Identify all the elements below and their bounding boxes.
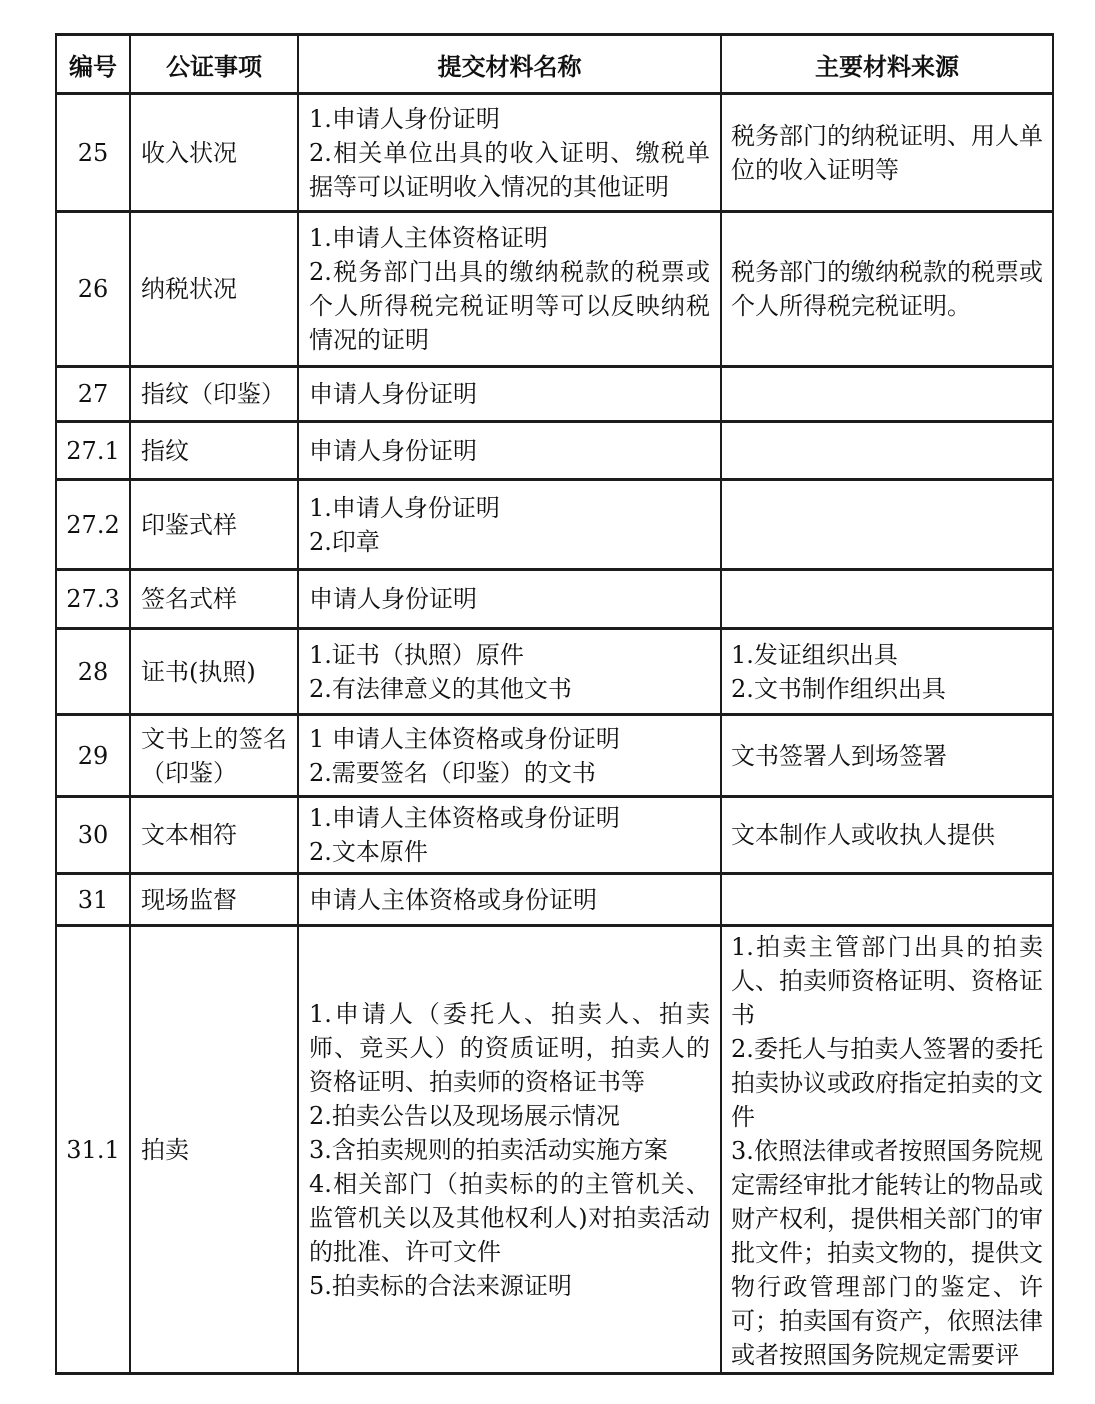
material-item: 2.文本原件 — [309, 835, 710, 869]
sources-cell — [721, 422, 1053, 480]
material-item: 3.含拍卖规则的拍卖活动实施方案 — [309, 1133, 710, 1167]
materials-list: 1.申请人主体资格证明2.税务部门出具的缴纳税款的税票或个人所得税完税证明等可以… — [299, 219, 720, 359]
materials-list: 1.证书（执照）原件2.有法律意义的其他文书 — [299, 636, 720, 708]
sources-list: 文本制作人或收执人提供 — [722, 816, 1052, 854]
column-header-matter: 公证事项 — [130, 35, 298, 94]
sources-cell — [721, 367, 1053, 422]
matter-cell: 文书上的签名（印鉴） — [130, 715, 298, 797]
matter-text: 指纹 — [131, 434, 297, 468]
matter-cell: 指纹 — [130, 422, 298, 480]
material-item: 5.拍卖标的合法来源证明 — [309, 1269, 710, 1303]
material-item: 4.相关部门（拍卖标的的主管机关、监管机关以及其他权利人)对拍卖活动的批准、许可… — [309, 1167, 710, 1269]
row-number-cell: 26 — [56, 212, 130, 367]
row-number-cell: 27.2 — [56, 480, 130, 570]
row-number-cell: 25 — [56, 94, 130, 212]
materials-cell: 1 申请人主体资格或身份证明2.需要签名（印鉴）的文书 — [298, 715, 721, 797]
sources-cell: 1.发证组织出具2.文书制作组织出具 — [721, 629, 1053, 715]
source-item: 税务部门的缴纳税款的税票或个人所得税完税证明。 — [731, 255, 1043, 323]
column-header-sources: 主要材料来源 — [721, 35, 1053, 94]
table-row: 27.3 签名式样 申请人身份证明 — [56, 570, 1053, 629]
material-item: 2.有法律意义的其他文书 — [309, 672, 710, 706]
sources-cell: 1.拍卖主管部门出具的拍卖人、拍卖师资格证明、资格证书2.委托人与拍卖人签署的委… — [721, 926, 1053, 1374]
materials-cell: 1.证书（执照）原件2.有法律意义的其他文书 — [298, 629, 721, 715]
sources-cell — [721, 874, 1053, 926]
sources-list — [722, 597, 1052, 601]
sources-list — [722, 392, 1052, 396]
matter-text: 文书上的签名（印鉴） — [131, 722, 297, 790]
matter-cell: 签名式样 — [130, 570, 298, 629]
materials-list: 1.申请人身份证明2.印章 — [299, 489, 720, 561]
material-item: 1.申请人主体资格或身份证明 — [309, 801, 710, 835]
material-item: 申请人主体资格或身份证明 — [309, 883, 710, 917]
matter-text: 现场监督 — [131, 883, 297, 917]
materials-cell: 1.申请人主体资格或身份证明2.文本原件 — [298, 797, 721, 874]
source-item: 2.文书制作组织出具 — [731, 672, 1043, 706]
matter-cell: 证书(执照) — [130, 629, 298, 715]
row-number-cell: 28 — [56, 629, 130, 715]
material-item: 1.申请人身份证明 — [309, 491, 710, 525]
row-number-cell: 27.1 — [56, 422, 130, 480]
table-row: 25 收入状况 1.申请人身份证明2.相关单位出具的收入证明、缴税单据等可以证明… — [56, 94, 1053, 212]
table-row: 31 现场监督 申请人主体资格或身份证明 — [56, 874, 1053, 926]
sources-list: 文书签署人到场签署 — [722, 737, 1052, 775]
sources-list — [722, 449, 1052, 453]
source-item: 1.拍卖主管部门出具的拍卖人、拍卖师资格证明、资格证书 — [731, 930, 1043, 1032]
materials-list: 申请人身份证明 — [299, 375, 720, 413]
materials-cell: 申请人主体资格或身份证明 — [298, 874, 721, 926]
sources-list: 税务部门的缴纳税款的税票或个人所得税完税证明。 — [722, 253, 1052, 325]
material-item: 申请人身份证明 — [309, 377, 710, 411]
table-row: 27.1 指纹 申请人身份证明 — [56, 422, 1053, 480]
material-item: 1.申请人（委托人、拍卖人、拍卖师、竞买人）的资质证明，拍卖人的资格证明、拍卖师… — [309, 997, 710, 1099]
materials-list: 1.申请人身份证明2.相关单位出具的收入证明、缴税单据等可以证明收入情况的其他证… — [299, 100, 720, 206]
materials-cell: 申请人身份证明 — [298, 422, 721, 480]
sources-list: 1.拍卖主管部门出具的拍卖人、拍卖师资格证明、资格证书2.委托人与拍卖人签署的委… — [722, 927, 1052, 1372]
table-row: 30 文本相符 1.申请人主体资格或身份证明2.文本原件 文本制作人或收执人提供 — [56, 797, 1053, 874]
table-row: 27.2 印鉴式样 1.申请人身份证明2.印章 — [56, 480, 1053, 570]
column-header-id: 编号 — [56, 35, 130, 94]
row-number-cell: 31 — [56, 874, 130, 926]
materials-list: 1.申请人（委托人、拍卖人、拍卖师、竞买人）的资质证明，拍卖人的资格证明、拍卖师… — [299, 995, 720, 1305]
sources-list — [722, 523, 1052, 527]
matter-text: 拍卖 — [131, 1133, 297, 1167]
row-number-cell: 29 — [56, 715, 130, 797]
source-item: 1.发证组织出具 — [731, 638, 1043, 672]
table-row: 27 指纹（印鉴） 申请人身份证明 — [56, 367, 1053, 422]
materials-list: 1.申请人主体资格或身份证明2.文本原件 — [299, 799, 720, 871]
sources-cell — [721, 570, 1053, 629]
materials-cell: 1.申请人身份证明2.相关单位出具的收入证明、缴税单据等可以证明收入情况的其他证… — [298, 94, 721, 212]
sources-cell — [721, 480, 1053, 570]
source-item: 税务部门的纳税证明、用人单位的收入证明等 — [731, 119, 1043, 187]
materials-cell: 1.申请人主体资格证明2.税务部门出具的缴纳税款的税票或个人所得税完税证明等可以… — [298, 212, 721, 367]
matter-cell: 印鉴式样 — [130, 480, 298, 570]
material-item: 申请人身份证明 — [309, 582, 710, 616]
source-item: 2.委托人与拍卖人签署的委托拍卖协议或政府指定拍卖的文件 — [731, 1032, 1043, 1134]
material-item: 1.申请人主体资格证明 — [309, 221, 710, 255]
table-row: 28 证书(执照) 1.证书（执照）原件2.有法律意义的其他文书 1.发证组织出… — [56, 629, 1053, 715]
matter-text: 证书(执照) — [131, 655, 297, 689]
source-item: 文本制作人或收执人提供 — [731, 818, 1043, 852]
matter-text: 收入状况 — [131, 136, 297, 170]
sources-list — [722, 898, 1052, 902]
matter-cell: 现场监督 — [130, 874, 298, 926]
matter-cell: 收入状况 — [130, 94, 298, 212]
materials-cell: 1.申请人（委托人、拍卖人、拍卖师、竞买人）的资质证明，拍卖人的资格证明、拍卖师… — [298, 926, 721, 1374]
materials-cell: 1.申请人身份证明2.印章 — [298, 480, 721, 570]
column-header-materials: 提交材料名称 — [298, 35, 721, 94]
material-item: 2.相关单位出具的收入证明、缴税单据等可以证明收入情况的其他证明 — [309, 136, 710, 204]
materials-cell: 申请人身份证明 — [298, 570, 721, 629]
sources-cell: 税务部门的缴纳税款的税票或个人所得税完税证明。 — [721, 212, 1053, 367]
material-item: 2.拍卖公告以及现场展示情况 — [309, 1099, 710, 1133]
material-item: 2.需要签名（印鉴）的文书 — [309, 756, 710, 790]
material-item: 申请人身份证明 — [309, 434, 710, 468]
matter-text: 印鉴式样 — [131, 508, 297, 542]
materials-list: 申请人身份证明 — [299, 580, 720, 618]
matter-text: 签名式样 — [131, 582, 297, 616]
matter-text: 文本相符 — [131, 818, 297, 852]
document-page: 编号 公证事项 提交材料名称 主要材料来源 25 收入状况 1.申请人身份证明2… — [0, 0, 1095, 1404]
material-item: 2.税务部门出具的缴纳税款的税票或个人所得税完税证明等可以反映纳税情况的证明 — [309, 255, 710, 357]
matter-text: 纳税状况 — [131, 272, 297, 306]
sources-cell: 文书签署人到场签署 — [721, 715, 1053, 797]
row-number-cell: 27.3 — [56, 570, 130, 629]
matter-cell: 指纹（印鉴） — [130, 367, 298, 422]
sources-cell: 税务部门的纳税证明、用人单位的收入证明等 — [721, 94, 1053, 212]
material-item: 1 申请人主体资格或身份证明 — [309, 722, 710, 756]
materials-list: 申请人身份证明 — [299, 432, 720, 470]
materials-list: 1 申请人主体资格或身份证明2.需要签名（印鉴）的文书 — [299, 720, 720, 792]
matter-cell: 文本相符 — [130, 797, 298, 874]
materials-list: 申请人主体资格或身份证明 — [299, 881, 720, 919]
matter-text: 指纹（印鉴） — [131, 377, 297, 411]
row-number-cell: 31.1 — [56, 926, 130, 1374]
row-number-cell: 30 — [56, 797, 130, 874]
material-item: 2.印章 — [309, 525, 710, 559]
table-row: 29 文书上的签名（印鉴） 1 申请人主体资格或身份证明2.需要签名（印鉴）的文… — [56, 715, 1053, 797]
table-row: 31.1 拍卖 1.申请人（委托人、拍卖人、拍卖师、竞买人）的资质证明，拍卖人的… — [56, 926, 1053, 1374]
table-row: 26 纳税状况 1.申请人主体资格证明2.税务部门出具的缴纳税款的税票或个人所得… — [56, 212, 1053, 367]
matter-cell: 纳税状况 — [130, 212, 298, 367]
notary-materials-table: 编号 公证事项 提交材料名称 主要材料来源 25 收入状况 1.申请人身份证明2… — [55, 33, 1054, 1375]
matter-cell: 拍卖 — [130, 926, 298, 1374]
header-row: 编号 公证事项 提交材料名称 主要材料来源 — [56, 35, 1053, 94]
source-item: 文书签署人到场签署 — [731, 739, 1043, 773]
source-item: 3.依照法律或者按照国务院规定需经审批才能转让的物品或财产权利，提供相关部门的审… — [731, 1134, 1043, 1372]
row-number-cell: 27 — [56, 367, 130, 422]
sources-list: 1.发证组织出具2.文书制作组织出具 — [722, 636, 1052, 708]
material-item: 1.证书（执照）原件 — [309, 638, 710, 672]
material-item: 1.申请人身份证明 — [309, 102, 710, 136]
materials-cell: 申请人身份证明 — [298, 367, 721, 422]
sources-cell: 文本制作人或收执人提供 — [721, 797, 1053, 874]
sources-list: 税务部门的纳税证明、用人单位的收入证明等 — [722, 117, 1052, 189]
